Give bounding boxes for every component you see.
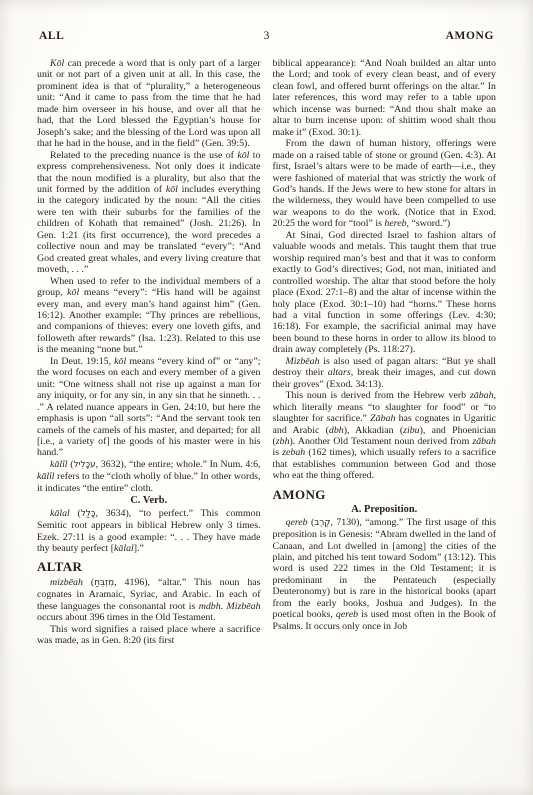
paragraph: Related to the preceding nuance is the u… bbox=[37, 150, 261, 276]
text-columns: Kōl can precede a word that is only part… bbox=[0, 48, 533, 785]
paragraph: This noun is derived from the Hebrew ver… bbox=[273, 390, 497, 482]
paragraph: biblical appearance): “And Noah builded … bbox=[273, 58, 497, 138]
hebrew-word: כָּלַל bbox=[81, 509, 96, 519]
paragraph: When used to refer to the individual mem… bbox=[37, 276, 261, 356]
hebrew-word: עכָּלִיל bbox=[74, 460, 96, 470]
paragraph: kālîl (עכָּלִיל, 3632), “the entire; who… bbox=[37, 459, 261, 494]
page-number: 3 bbox=[0, 30, 533, 42]
paragraph: Mizbēah is also used of pagan altars: “B… bbox=[273, 356, 497, 390]
running-header: ALL 3 AMONG bbox=[0, 0, 533, 48]
column-right: biblical appearance): “And Noah builded … bbox=[273, 58, 497, 785]
hebrew-word: מִזְבֵּחַ bbox=[94, 578, 114, 588]
column-left: Kōl can precede a word that is only part… bbox=[37, 58, 261, 785]
paragraph: kālal (כָּלַל, 3634), “to perfect.” This… bbox=[37, 508, 261, 555]
paragraph: From the dawn of human history, offering… bbox=[273, 138, 497, 230]
paragraph: qereb (קֶרֶב, 7130), “among.” The first … bbox=[273, 517, 497, 633]
dictionary-page: ALL 3 AMONG Kōl can precede a word that … bbox=[0, 0, 533, 795]
hebrew-word: קֶרֶב bbox=[314, 518, 330, 528]
paragraph: In Deut. 19:15, kōl means “every kind of… bbox=[37, 356, 261, 459]
entry-heading: ALTAR bbox=[37, 561, 261, 572]
paragraph: Kōl can precede a word that is only part… bbox=[37, 58, 261, 150]
entry-heading: AMONG bbox=[273, 489, 497, 500]
paragraph: This word signifies a raised place where… bbox=[37, 624, 261, 647]
paragraph: At Sinai, God directed Israel to fashion… bbox=[273, 230, 497, 356]
section-heading: C. Verb. bbox=[37, 495, 261, 506]
paragraph: mizbēah (מִזְבֵּחַ, 4196), “altar.” This… bbox=[37, 577, 261, 624]
section-heading: A. Preposition. bbox=[273, 504, 497, 515]
